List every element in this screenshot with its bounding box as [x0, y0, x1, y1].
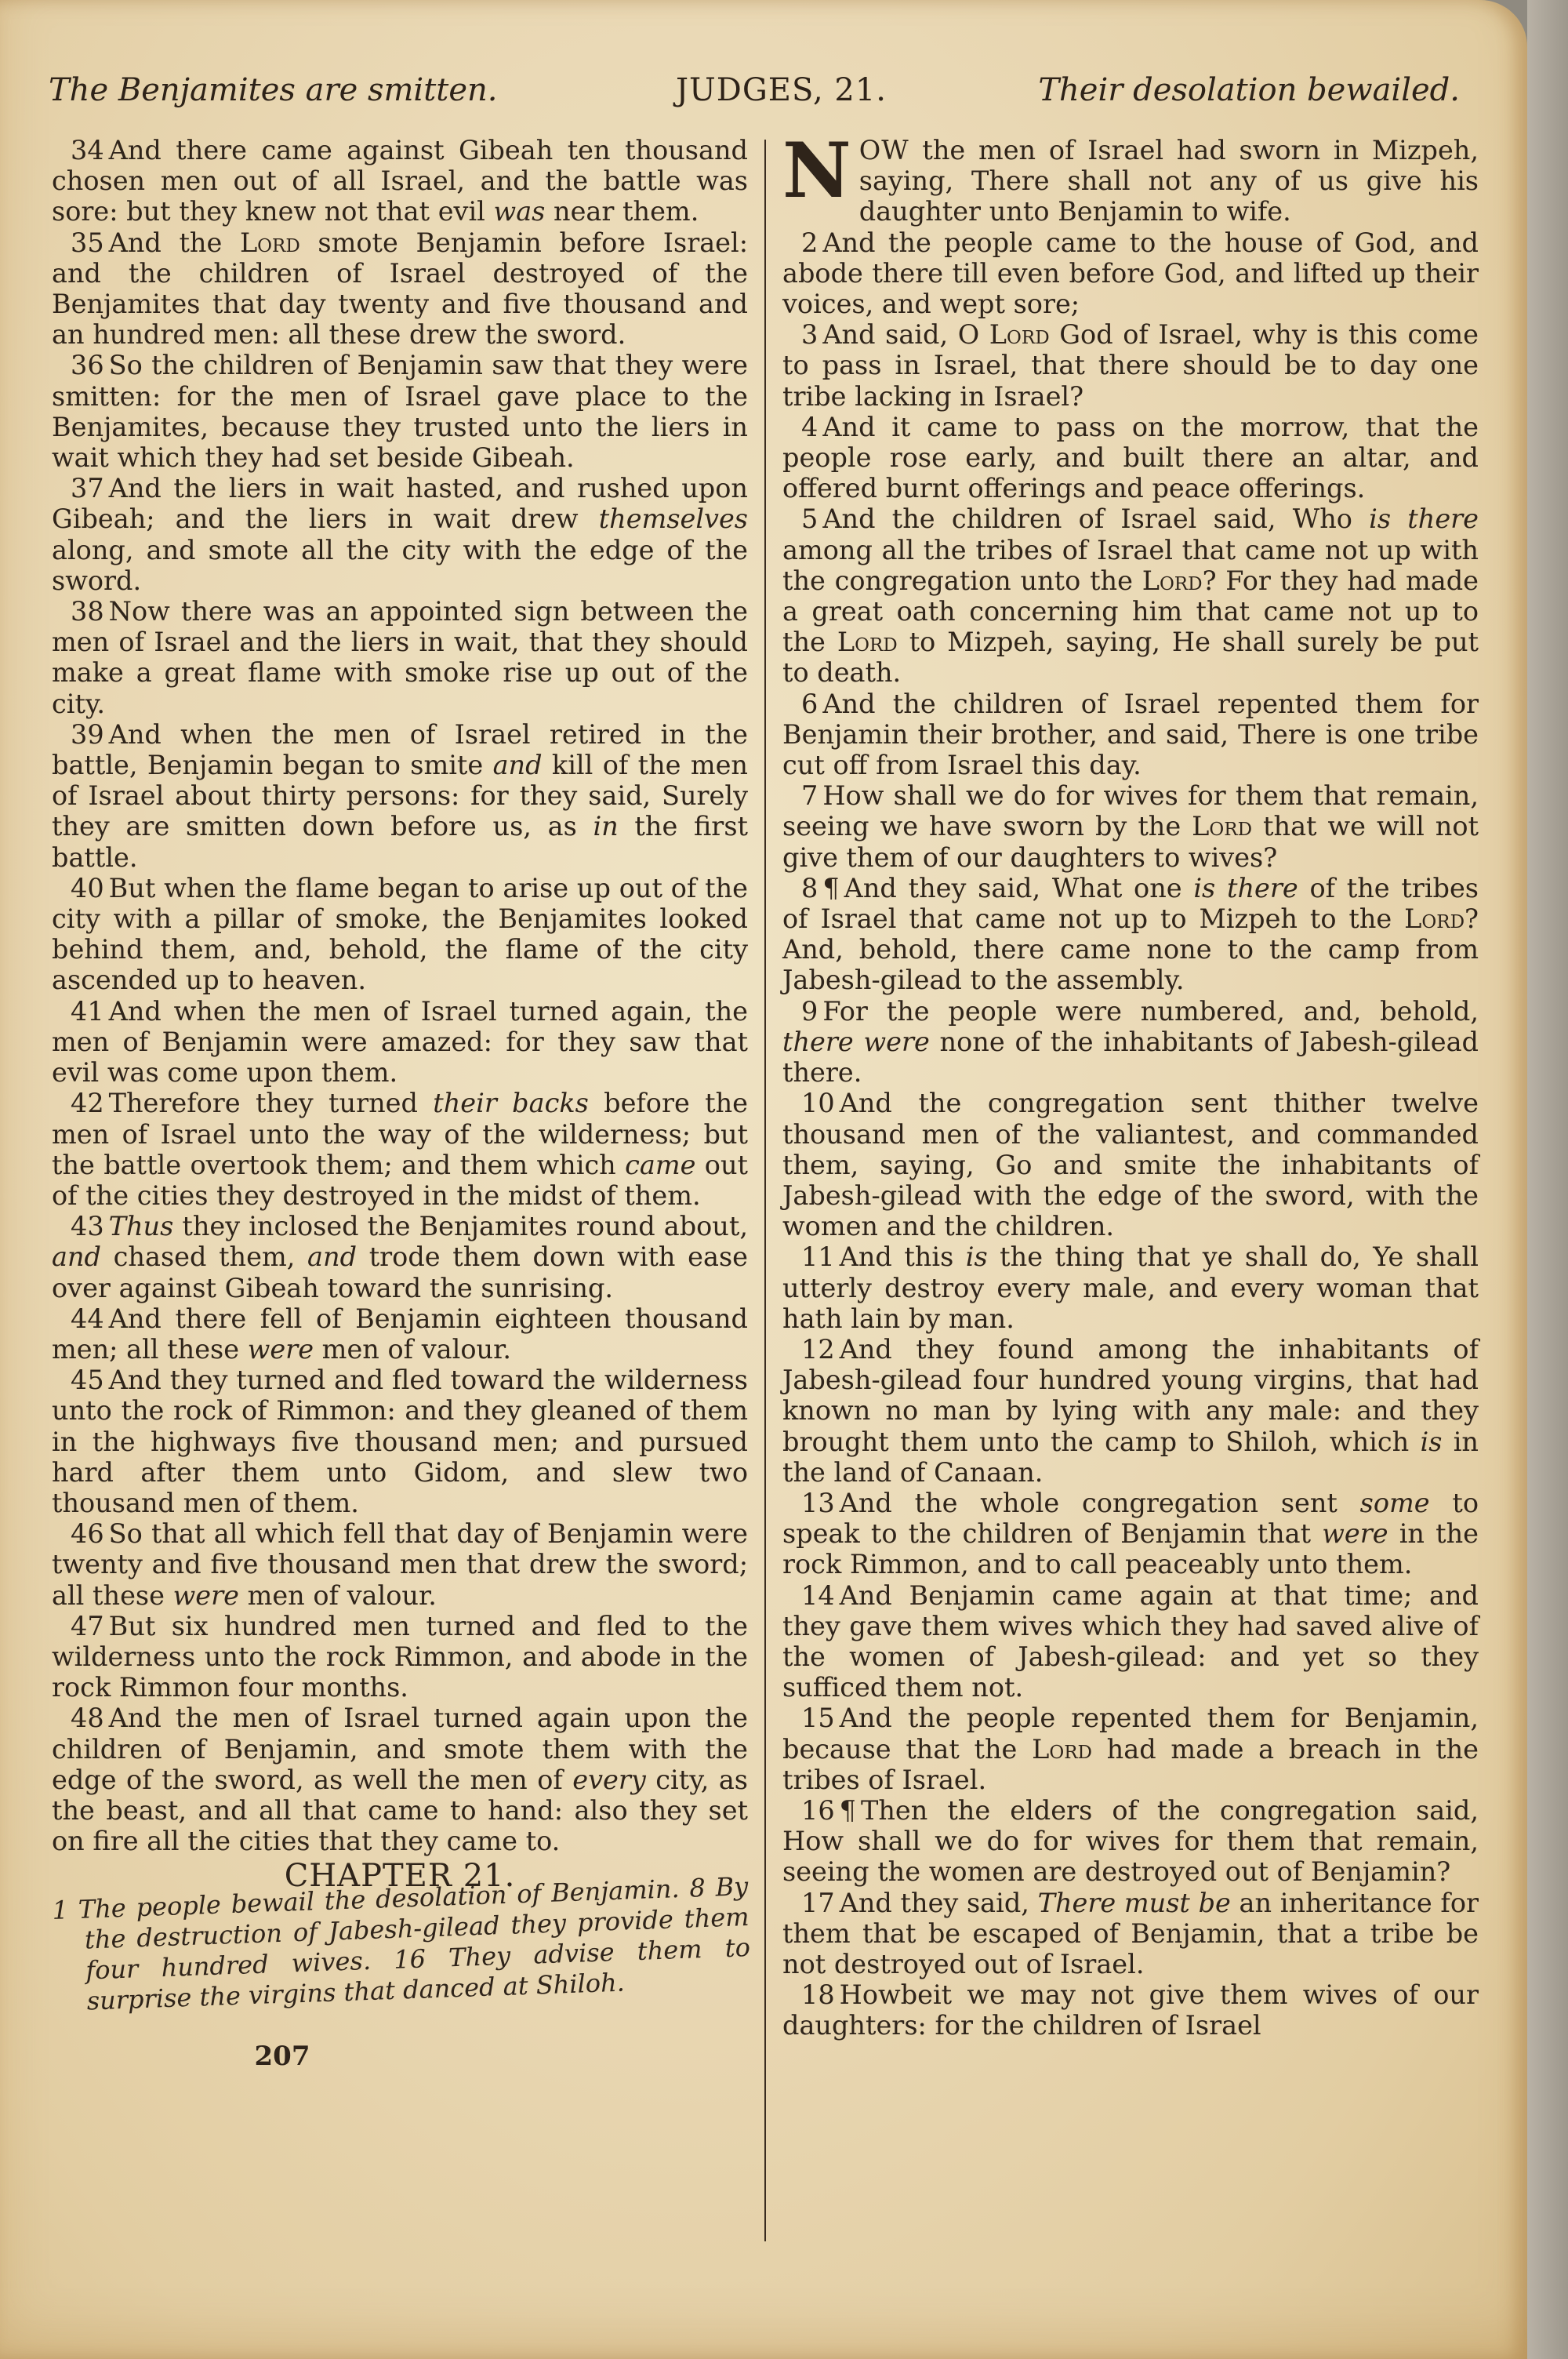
book-page: The Benjamites are smitten. JUDGES, 21. … [0, 0, 1527, 2359]
verse-35: 35And the Lord smote Benjamin before Isr… [52, 227, 748, 351]
italic-text: came [625, 1150, 695, 1180]
italic-text: is there [1193, 873, 1298, 903]
verse-18: 18Howbeit we may not give them wives of … [782, 1979, 1479, 2041]
verse-7: 7How shall we do for wives for them that… [782, 780, 1479, 873]
verse-number: 44 [71, 1303, 104, 1334]
verse-16: 16¶Then the elders of the congregation s… [782, 1795, 1479, 1888]
italic-text: is there [1369, 503, 1479, 534]
italic-text: some [1360, 1488, 1430, 1518]
italic-text: and [307, 1241, 357, 1272]
verse-text: along, and smote all the city with the e… [52, 535, 748, 596]
italic-text: and [52, 1241, 101, 1272]
verse-15: 15And the people repented them for Benja… [782, 1703, 1479, 1795]
italic-text: were [1322, 1518, 1388, 1549]
verse-text: chased them, [101, 1241, 307, 1272]
verse-text: And they said, What one [844, 873, 1194, 903]
verse-number: 36 [71, 350, 104, 380]
verse-number: 38 [71, 596, 104, 627]
left-column: 34And there came against Gibeah ten thou… [52, 135, 748, 2072]
verse-3: 3And said, O Lord God of Israel, why is … [782, 319, 1479, 412]
verse-44: 44And there fell of Benjamin eighteen th… [52, 1303, 748, 1365]
verse-39: 39And when the men of Israel retired in … [52, 719, 748, 873]
verse-2: 2And the people came to the house of God… [782, 227, 1479, 320]
verse-number: 11 [801, 1241, 835, 1272]
verse-text: And they found among the inhabitants of … [782, 1334, 1479, 1457]
verse-11: 11And this is the thing that ye shall do… [782, 1241, 1479, 1334]
column-divider [764, 140, 766, 2241]
verse-number: 15 [801, 1703, 835, 1733]
verse-number: 18 [801, 1979, 835, 2010]
verse-number: 37 [71, 473, 104, 503]
verse-1: NOW the men of Israel had sworn in Mizpe… [782, 135, 1479, 227]
verse-number: 9 [801, 996, 818, 1027]
verse-36: 36So the children of Benjamin saw that t… [52, 350, 748, 473]
verse-text: men of valour. [314, 1334, 511, 1365]
verse-text: And they turned and fled toward the wild… [52, 1365, 748, 1518]
verse-number: 14 [801, 1580, 835, 1611]
verse-14: 14And Benjamin came again at that time; … [782, 1580, 1479, 1703]
verse-number: 42 [71, 1088, 104, 1118]
right-column: NOW the men of Israel had sworn in Mizpe… [782, 135, 1479, 2041]
small-caps-text: Lord [989, 319, 1050, 350]
verse-number: 48 [71, 1703, 104, 1733]
verse-41: 41And when the men of Israel turned agai… [52, 996, 748, 1089]
running-head-left: The Benjamites are smitten. [49, 72, 498, 108]
small-caps-text: Lord [1192, 811, 1252, 841]
verse-37: 37And the liers in wait hasted, and rush… [52, 473, 748, 596]
verse-text: Howbeit we may not give them wives of ou… [782, 1979, 1479, 2041]
verse-text: And the children of Israel said, Who [822, 503, 1369, 534]
italic-text: were [173, 1580, 239, 1611]
italic-text: Thus [109, 1211, 174, 1241]
chapter-summary: 1 The people bewail the desolation of Be… [52, 1871, 752, 2018]
verse-number: 5 [801, 503, 818, 534]
verse-43: 43Thus they inclosed the Benjamites roun… [52, 1211, 748, 1303]
italic-text: is [1421, 1427, 1443, 1457]
verse-4: 4And it came to pass on the morrow, that… [782, 412, 1479, 504]
italic-text: were [248, 1334, 314, 1365]
verse-number: 16 [801, 1795, 835, 1826]
verse-38: 38Now there was an appointed sign betwee… [52, 596, 748, 719]
verse-text: they inclosed the Benjamites round about… [173, 1211, 748, 1241]
small-caps-text: Lord [240, 227, 300, 258]
verse-13: 13And the whole congregation sent some t… [782, 1488, 1479, 1580]
background-surface [1527, 0, 1568, 2359]
verse-number: 39 [71, 719, 104, 750]
verse-number: 4 [801, 412, 818, 442]
verse-text: And they said, [840, 1888, 1038, 1918]
verse-number: 2 [801, 227, 818, 258]
running-head: The Benjamites are smitten. JUDGES, 21. … [49, 72, 1460, 119]
verse-48: 48And the men of Israel turned again upo… [52, 1703, 748, 1856]
verse-number: 13 [801, 1488, 835, 1518]
pilcrow-icon: ¶ [822, 873, 839, 903]
italic-text: was [494, 196, 546, 227]
pilcrow-icon: ¶ [840, 1795, 856, 1826]
verse-text: But six hundred men turned and fled to t… [52, 1611, 748, 1703]
small-caps-text: Lord [1404, 903, 1465, 934]
verse-number: 35 [71, 227, 104, 258]
verse-text: And said, O [822, 319, 989, 350]
small-caps-text: Lord [837, 627, 898, 657]
verse-number: 6 [801, 689, 818, 719]
verse-6: 6And the children of Israel repented the… [782, 689, 1479, 781]
verse-number: 34 [71, 135, 104, 165]
italic-text: there were [782, 1027, 930, 1057]
verse-1-text: the men of Israel had sworn in Mizpeh, s… [859, 135, 1479, 227]
verse-text: And Benjamin came again at that time; an… [782, 1580, 1479, 1703]
italic-text: and [493, 750, 543, 780]
verse-47: 47But six hundred men turned and fled to… [52, 1611, 748, 1703]
verse-text: men of valour. [239, 1580, 437, 1611]
italic-text: every [572, 1765, 646, 1795]
verse-number: 17 [801, 1888, 835, 1918]
verse-text: Now there was an appointed sign between … [52, 596, 748, 719]
verse-text: And this [840, 1241, 966, 1272]
verse-9: 9For the people were numbered, and, beho… [782, 996, 1479, 1089]
verse-number: 12 [801, 1334, 835, 1365]
drop-cap: N [782, 140, 851, 202]
verse-text: And the people came to the house of God,… [782, 227, 1479, 319]
verse-text: And when the men of Israel turned again,… [52, 996, 748, 1088]
verse-45: 45And they turned and fled toward the wi… [52, 1365, 748, 1518]
verse-number: 45 [71, 1365, 104, 1395]
page-number: 207 [52, 2041, 513, 2072]
italic-text: in [593, 811, 618, 841]
verse-12: 12And they found among the inhabitants o… [782, 1334, 1479, 1488]
verse-text: near them. [545, 196, 699, 227]
left-verse-list: 34And there came against Gibeah ten thou… [52, 135, 748, 1856]
small-caps-text: Lord [1032, 1734, 1092, 1765]
verse-40: 40But when the flame began to arise up o… [52, 873, 748, 996]
verse-5: 5And the children of Israel said, Who is… [782, 503, 1479, 688]
verse-number: 3 [801, 319, 818, 350]
verse-text: And it came to pass on the morrow, that … [782, 412, 1479, 503]
verse-34: 34And there came against Gibeah ten thou… [52, 135, 748, 227]
verse-number: 43 [71, 1211, 104, 1241]
verse-number: 8 [801, 873, 818, 903]
verse-10: 10And the congregation sent thither twel… [782, 1088, 1479, 1241]
verse-17: 17And they said, There must be an inheri… [782, 1888, 1479, 1980]
small-caps-text: Lord [1142, 565, 1203, 596]
verse-text: And the children of Israel repented them… [782, 689, 1479, 780]
italic-text: themselves [599, 503, 748, 534]
verse-text: But when the flame began to arise up out… [52, 873, 748, 996]
verse-8: 8¶And they said, What one is there of th… [782, 873, 1479, 996]
verse-text: Therefore they turned [109, 1088, 434, 1118]
verse-number: 47 [71, 1611, 104, 1641]
italic-text: is [966, 1241, 988, 1272]
verse-46: 46So that all which fell that day of Ben… [52, 1518, 748, 1611]
verse-1-caps: OW [859, 135, 909, 165]
verse-text: And the [109, 227, 240, 258]
verse-number: 7 [801, 780, 818, 811]
verse-text: So the children of Benjamin saw that the… [52, 350, 748, 473]
verse-text: And the whole congregation sent [840, 1488, 1360, 1518]
verse-42: 42Therefore they turned their backs befo… [52, 1088, 748, 1211]
verse-number: 46 [71, 1518, 104, 1549]
verse-text: Then the elders of the congregation said… [782, 1795, 1479, 1887]
italic-text: their backs [433, 1088, 589, 1118]
running-head-book-chapter: JUDGES, 21. [676, 72, 887, 108]
verse-number: 41 [71, 996, 104, 1027]
verse-text: And the congregation sent thither twelve… [782, 1088, 1479, 1241]
verse-number: 10 [801, 1088, 835, 1118]
verse-number: 40 [71, 873, 104, 903]
right-verse-list: 2And the people came to the house of God… [782, 227, 1479, 2041]
running-head-right: Their desolation bewailed. [1038, 72, 1460, 108]
italic-text: There must be [1038, 1888, 1231, 1918]
verse-text: For the people were numbered, and, behol… [822, 996, 1479, 1027]
